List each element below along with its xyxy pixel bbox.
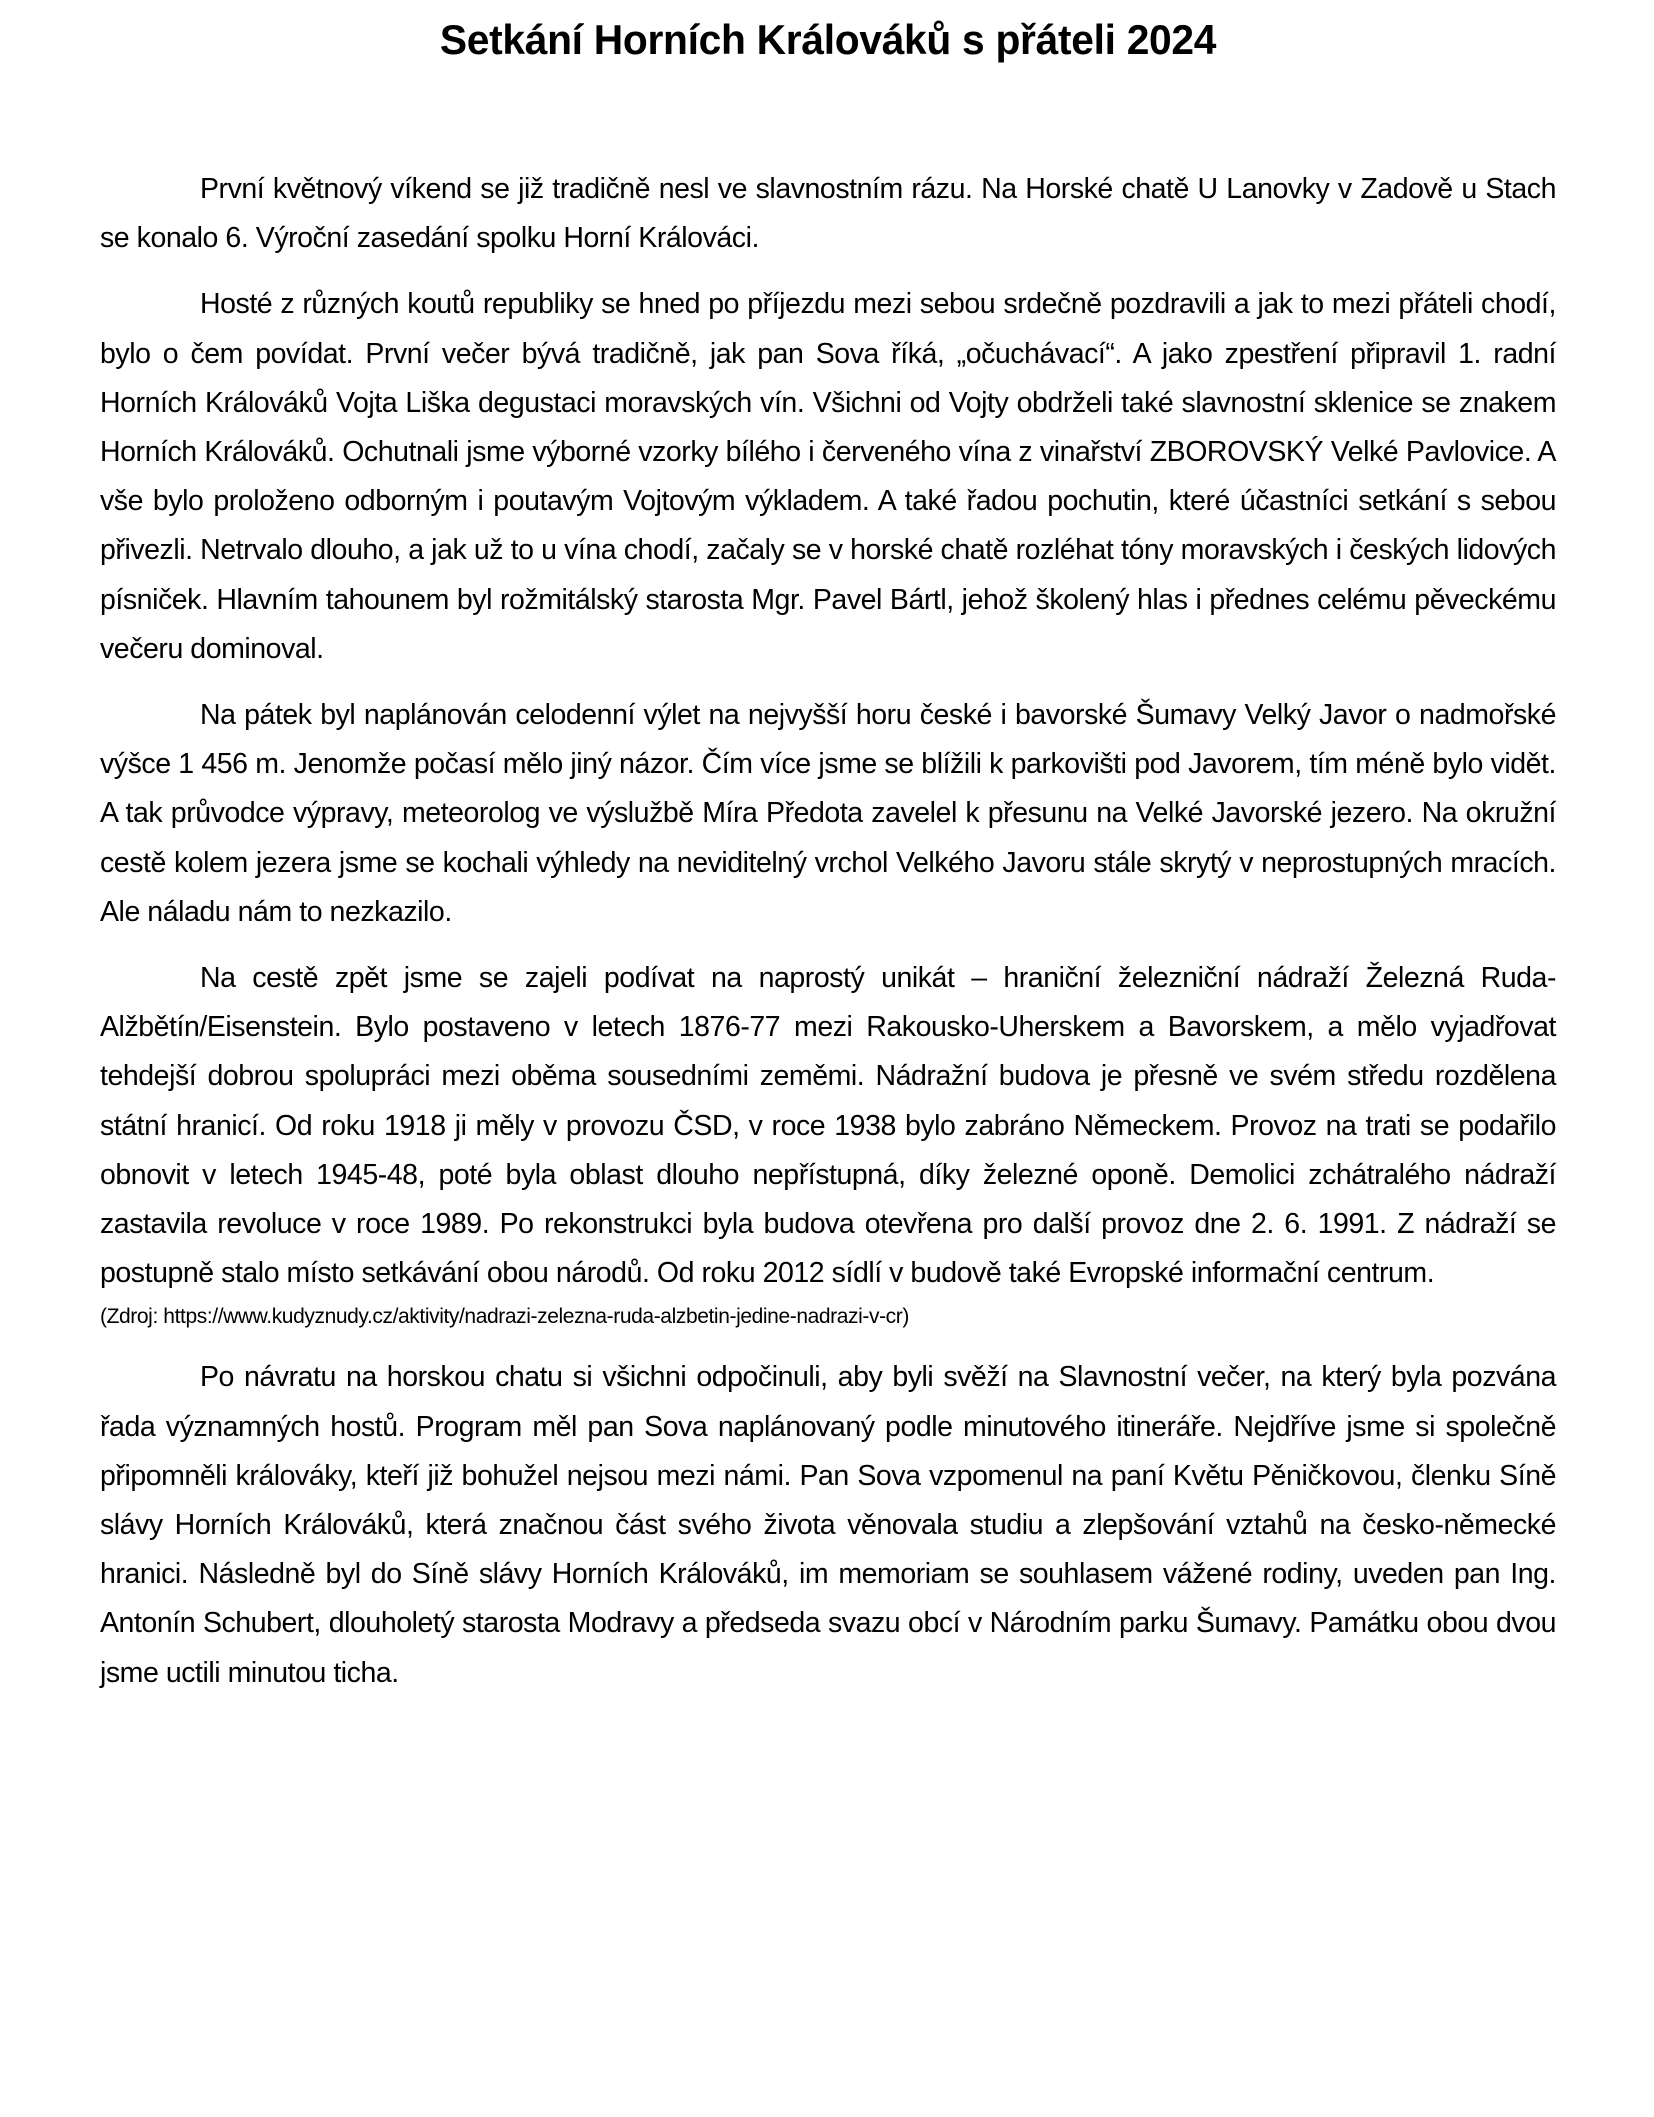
paragraph-railway-station-text: Na cestě zpět jsme se zajeli podívat na … (100, 962, 1556, 1289)
paragraph-intro: První květnový víkend se již tradičně ne… (100, 165, 1556, 263)
paragraph-railway-station: Na cestě zpět jsme se zajeli podívat na … (100, 954, 1556, 1336)
paragraph-friday-trip: Na pátek byl naplánován celodenní výlet … (100, 691, 1556, 937)
source-citation: (Zdroj: https://www.kudyznudy.cz/aktivit… (100, 1298, 1556, 1336)
paragraph-first-evening: Hosté z různých koutů republiky se hned … (100, 280, 1556, 674)
document-page: Setkání Horních Králováků s přáteli 2024… (100, 0, 1556, 1715)
document-title: Setkání Horních Králováků s přáteli 2024 (122, 0, 1534, 70)
document-body: První květnový víkend se již tradičně ne… (100, 165, 1556, 1698)
paragraph-gala-evening: Po návratu na horskou chatu si všichni o… (100, 1353, 1556, 1697)
